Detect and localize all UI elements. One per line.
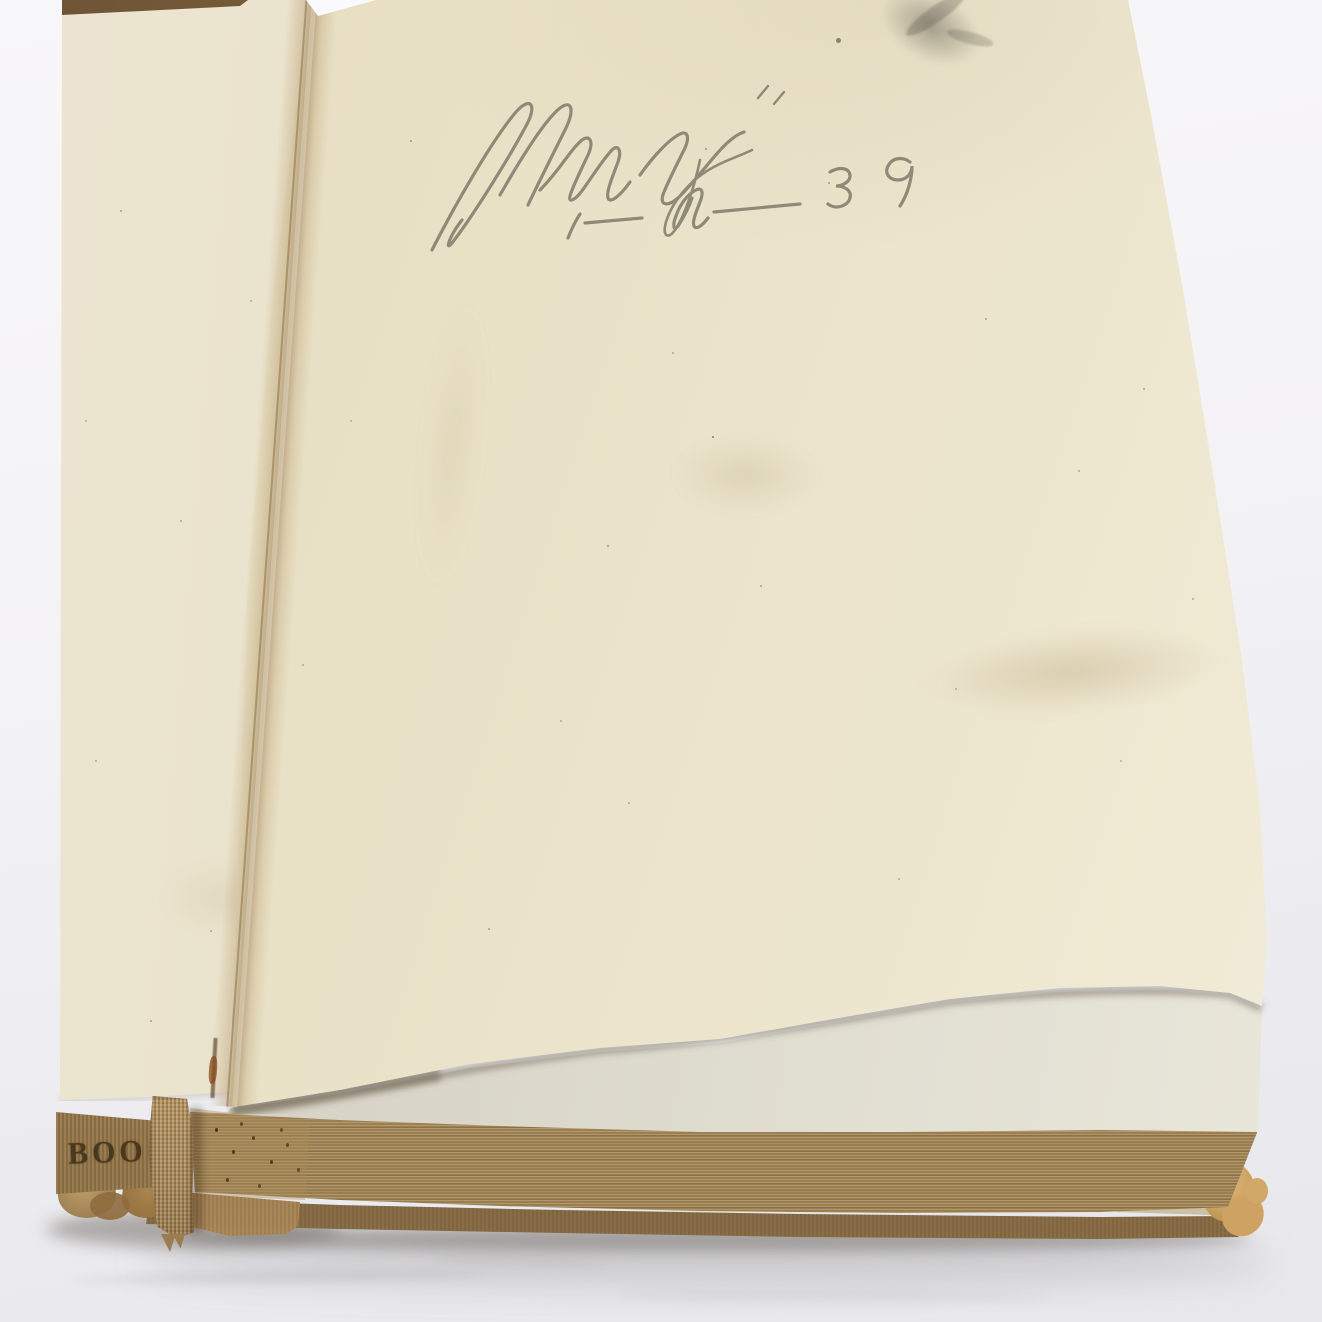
end-grain-specks bbox=[215, 1128, 218, 1132]
page-stain bbox=[395, 247, 510, 643]
book-photo: BOO bbox=[0, 0, 1322, 1322]
frayed-spine-scallop bbox=[90, 1192, 130, 1220]
foxing-specks bbox=[120, 210, 122, 212]
surface-wrinkle bbox=[620, 1292, 1050, 1301]
page-stain bbox=[852, 593, 1291, 750]
foxing-specks bbox=[410, 140, 412, 142]
pencil-smudge-dot bbox=[836, 38, 841, 43]
frayed-corner-cloth bbox=[1246, 1178, 1268, 1204]
spine-title-text: BOO bbox=[67, 1134, 147, 1172]
page-stain bbox=[640, 420, 850, 530]
